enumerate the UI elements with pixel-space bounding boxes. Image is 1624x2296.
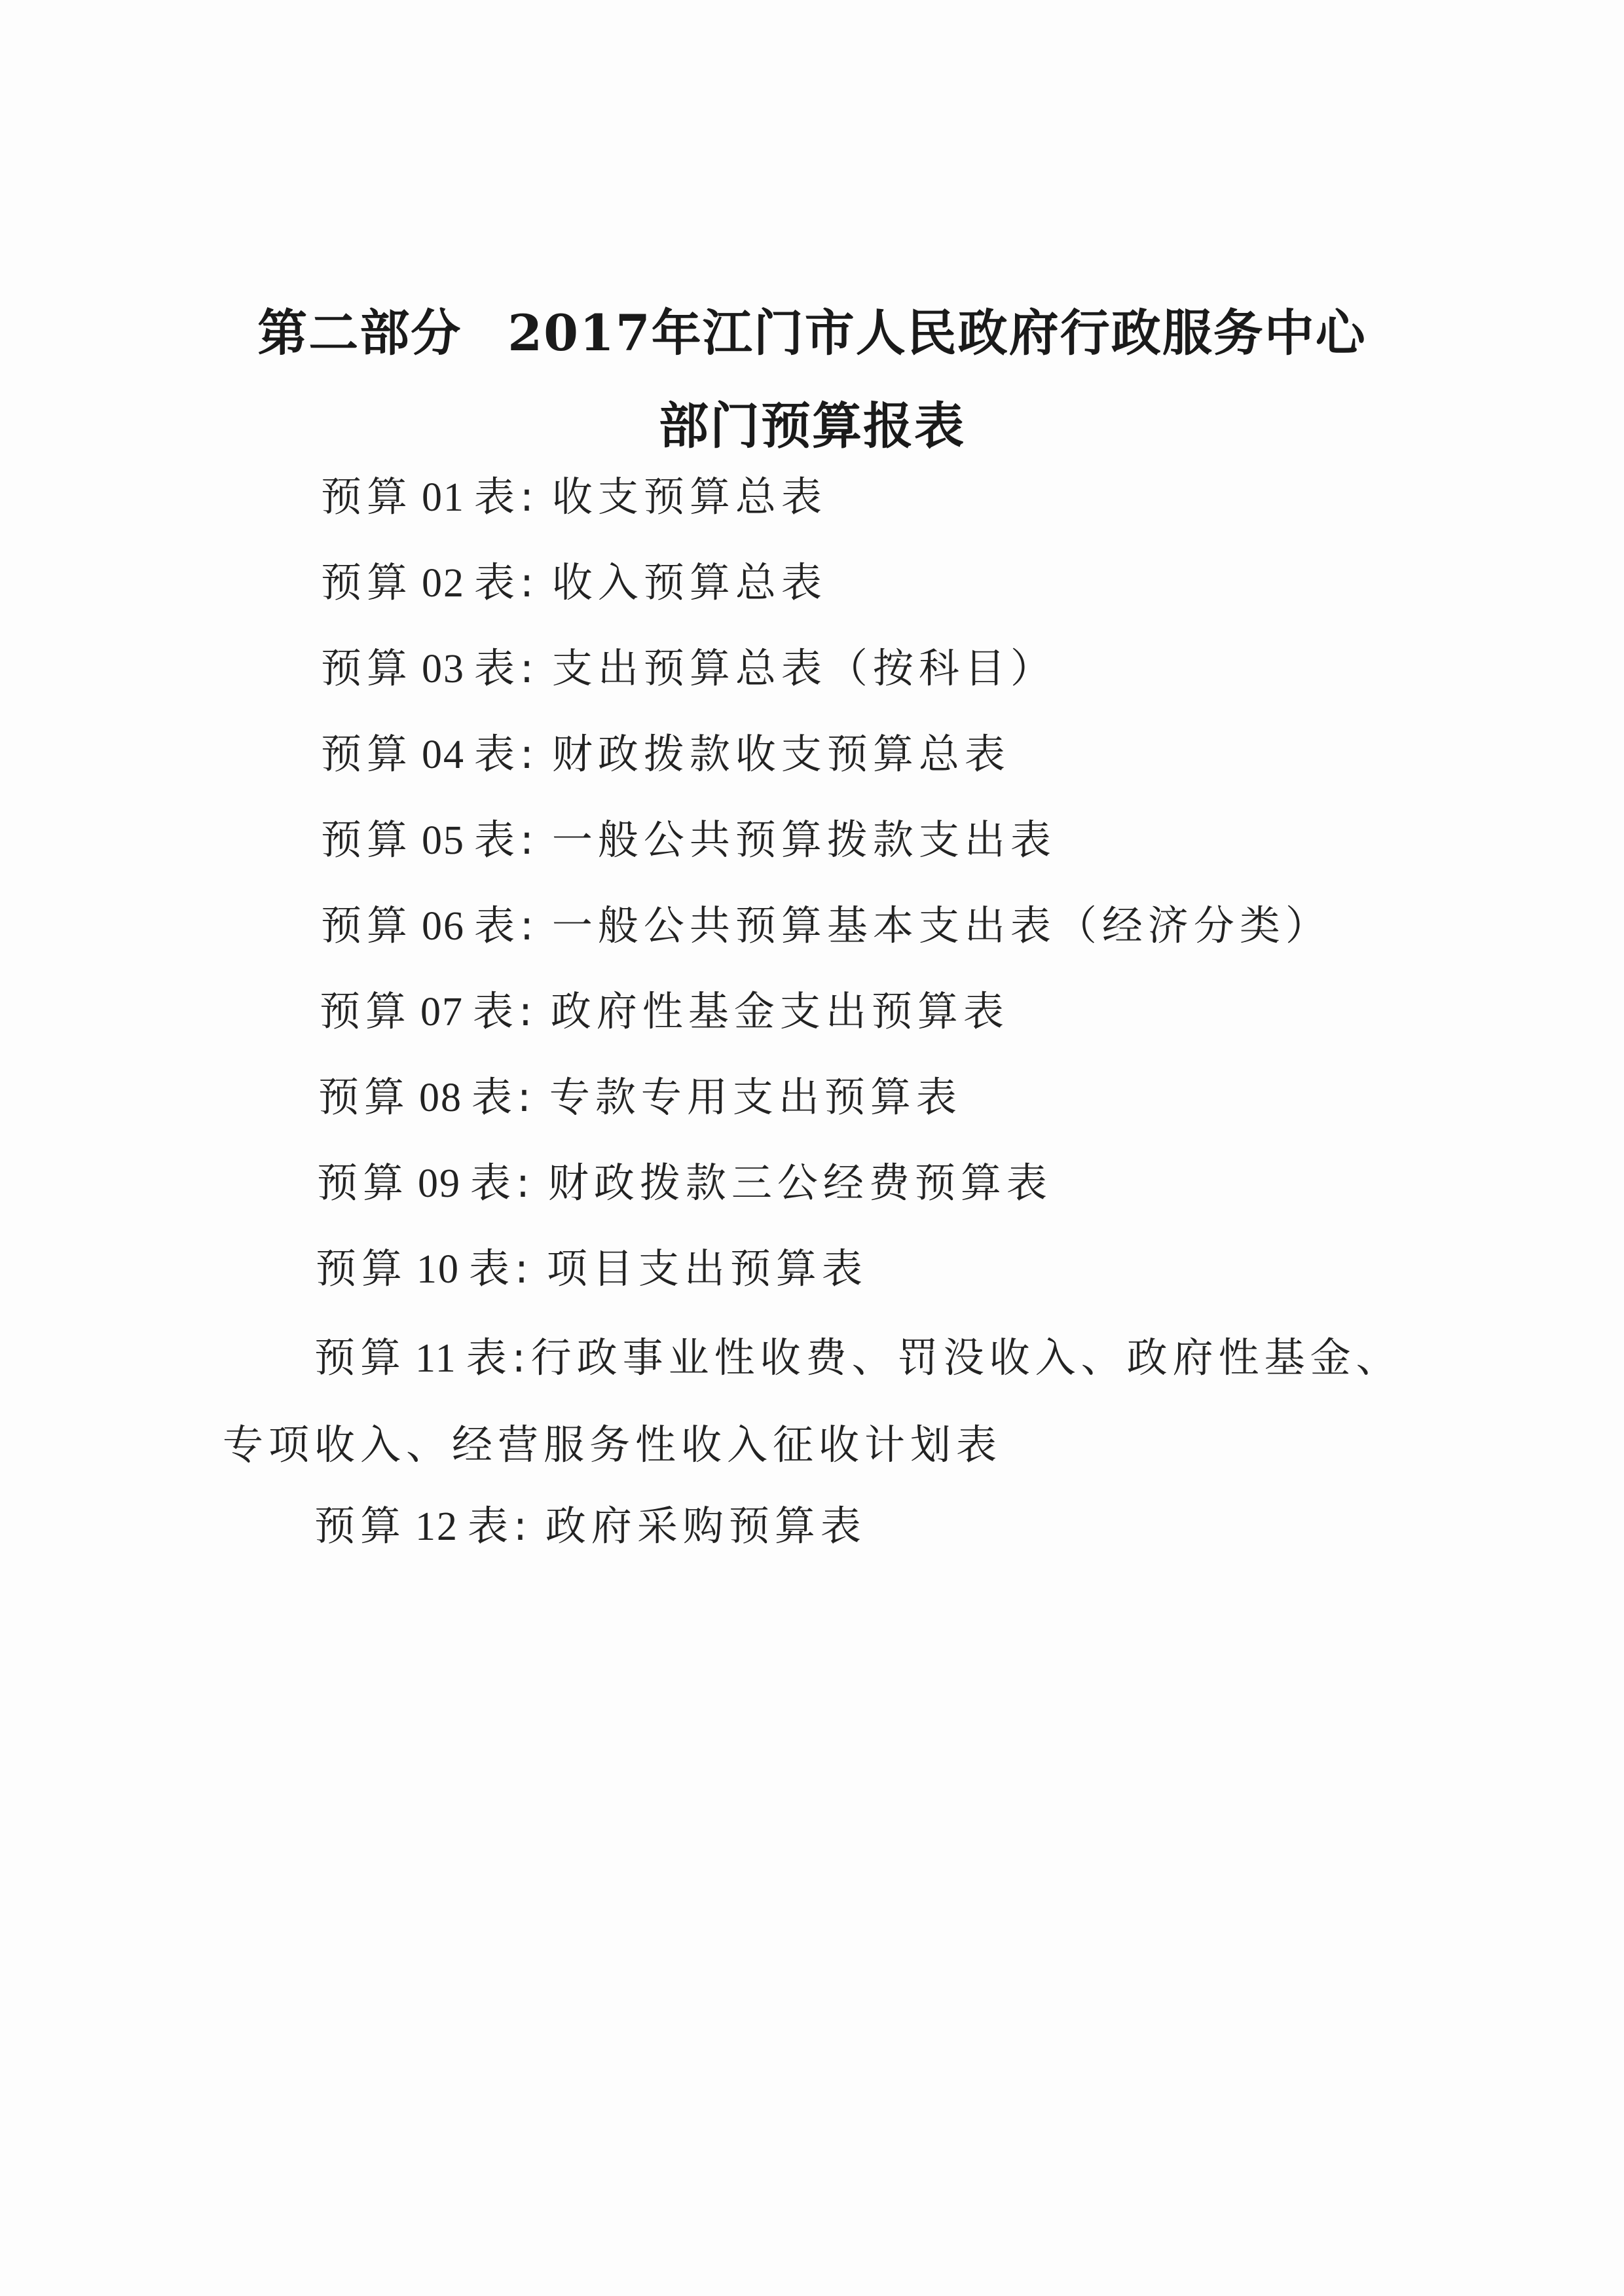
list-item: 预算11表:行政事业性收费、罚没收入、政府性基金、专项收入、经营服务性收入征收计… xyxy=(223,1315,1434,1487)
list-item: 预算05表:一般公共预算拨款支出表 xyxy=(321,820,1056,861)
list-item: 预算09表:财政拨款三公经费预算表 xyxy=(317,1163,1052,1204)
list-item: 预算02表:收入预算总表 xyxy=(321,562,827,604)
document-title-line-1: 第二部分2017年江门市人民政府行政服务中心 xyxy=(0,293,1624,365)
list-item: 预算01表:收支预算总表 xyxy=(321,477,827,518)
list-item: 预算12表:政府采购预算表 xyxy=(314,1506,866,1547)
list-item: 预算04表:财政拨款收支预算总表 xyxy=(321,734,1010,775)
list-item: 预算07表:政府性基金支出预算表 xyxy=(320,991,1009,1032)
document-title-line-2: 部门预算报表 xyxy=(0,386,1624,458)
document-page: 第二部分2017年江门市人民政府行政服务中心 部门预算报表 预算01表:收支预算… xyxy=(0,0,1624,2296)
list-item: 预算03表:支出预算总表（按科目） xyxy=(321,648,1056,689)
title-part-label: 第二部分 xyxy=(257,304,462,362)
title-main: 2017年江门市人民政府行政服务中心 xyxy=(507,304,1367,362)
list-item: 预算08表:专款专用支出预算表 xyxy=(318,1077,962,1118)
list-item: 预算10表:项目支出预算表 xyxy=(316,1248,868,1290)
list-item: 预算06表:一般公共预算基本支出表（经济分类） xyxy=(321,905,1331,947)
